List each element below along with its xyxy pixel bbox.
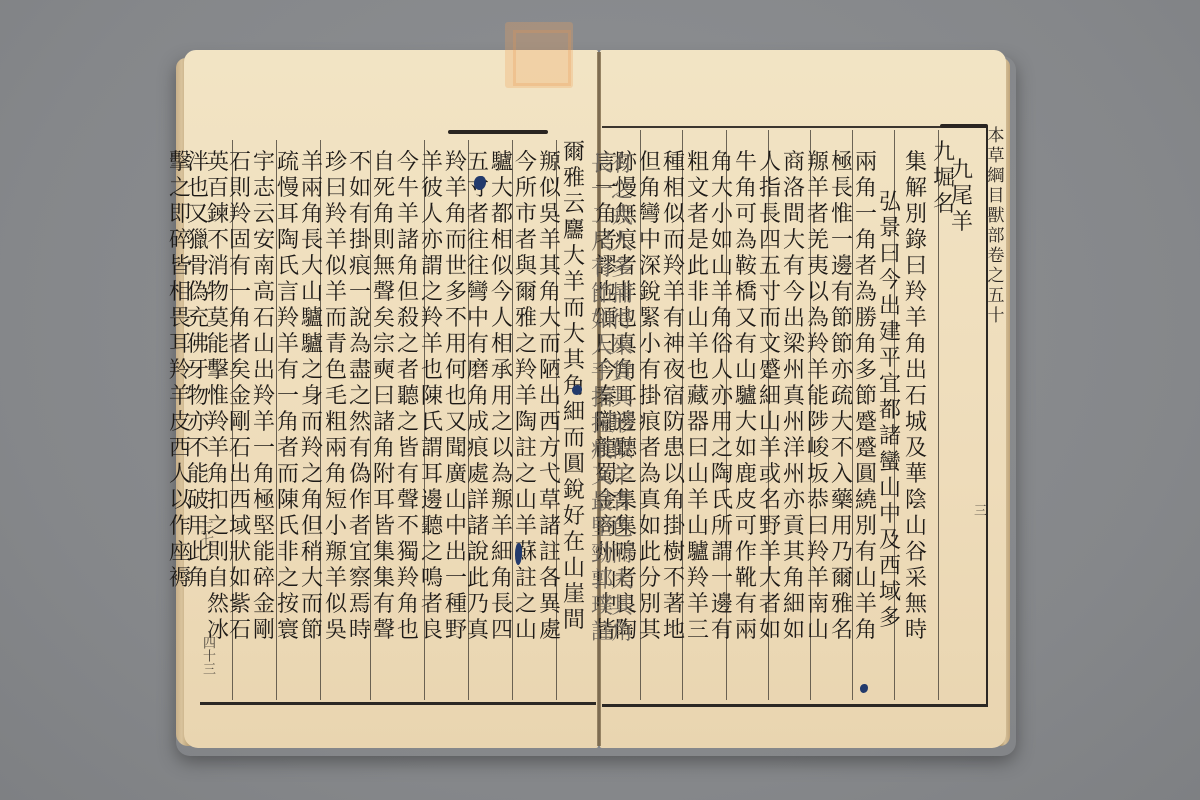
text-column: 牛角可為鞍橋又有山驢大如鹿皮可作靴有兩: [734, 150, 758, 644]
text-column: 羊兩角長大山驢驢之身而羚之角但稍大而節: [300, 150, 324, 644]
text-column: 宇志云安南高石山出羚羊一角極堅能碎金剛: [252, 150, 276, 644]
text-column: 擊之即碎皆相畏耳羚羊皮西人以作座褥: [168, 150, 192, 592]
right-top-heavy-rule: [940, 124, 988, 128]
text-column: 集解別錄曰羚羊角出石城及華陰山谷采無時: [904, 150, 928, 644]
text-column: 今牛羊諸角但殺之者聽之皆有聲不獨羚角也: [396, 150, 420, 644]
text-column: 羱似吳羊其角大而陋出西方弋草諸註各異處: [538, 150, 562, 644]
text-column: 石則羚固有一角者矣金剛石出西域狀如紫石: [228, 150, 252, 644]
text-column: 兩角一角者為勝角多節蹙蹙圓繞別有山羊角: [854, 150, 878, 644]
text-column: 疏慢耳陶氏言羚羊有一角者而陳氏非之按寰: [276, 150, 300, 644]
text-column: 弘景曰今出建平宜都諸蠻山中及西域多: [878, 190, 902, 632]
text-column: 不如有掛痕一說為盡之然有偽作者宜察焉時: [348, 150, 372, 644]
text-column: 珍曰羚羊似羊而青色毛粗兩角短小羱羊似吳: [324, 150, 348, 644]
text-column: 極長惟一邊有節節亦疏大不入藥用乃爾雅名: [830, 150, 854, 644]
text-column: 九堀名: [932, 140, 956, 218]
text-column: 粗文者是此非山羊也藏器曰山羊山驢羚羊三: [686, 150, 710, 644]
text-column: 人指長四五寸而文蹙細山羊或名野羊大者如: [758, 150, 782, 644]
text-column: 商洛間大有今出梁州真州洋州亦貢其角細如: [782, 150, 806, 644]
text-column: 自死角則無聲矣宗奭曰諸角附耳皆集集有聲: [372, 150, 396, 644]
text-column: 但角彎中深銳緊小有掛痕者為真如此分別其: [638, 150, 662, 644]
text-column: 驢大都相似今人相承用之以為羱羊細角長四: [490, 150, 514, 644]
text-column: 種相似而羚羊有神夜宿防患以角掛樹不著地: [662, 150, 686, 644]
right-page-header-title: 本草綱目獸部卷之五十: [986, 126, 1006, 326]
text-column: 長一二尺有節如人手指握痕又最堅勁郭璞註: [590, 152, 614, 646]
text-column: 角大小如山羊角俗人亦用之陶氏所謂一邊有: [710, 150, 734, 644]
left-top-heavy-rule: [448, 130, 548, 134]
collection-seal: [505, 22, 573, 88]
text-column: 羊彼人亦謂之羚羊也陳氏謂耳邊聽之鳴者良: [420, 150, 444, 644]
text-column: 羱羊者羌夷以為羚羊能陟峻坂恭曰羚羊南山: [806, 150, 830, 644]
text-column: 羚羊角而世多不用何也又聞廣山中出一種野: [444, 150, 468, 644]
right-fold-mark: 三: [974, 500, 987, 519]
left-fold-number: 三七: [196, 520, 215, 546]
text-column: 五寸者往往彎中有磨角成痕處詳諸說此乃真: [466, 150, 490, 644]
left-page-number: 四十三: [198, 636, 217, 675]
text-column: 今所市者與爾雅之羚羊陶註之山羊蘇註之山: [514, 150, 538, 644]
